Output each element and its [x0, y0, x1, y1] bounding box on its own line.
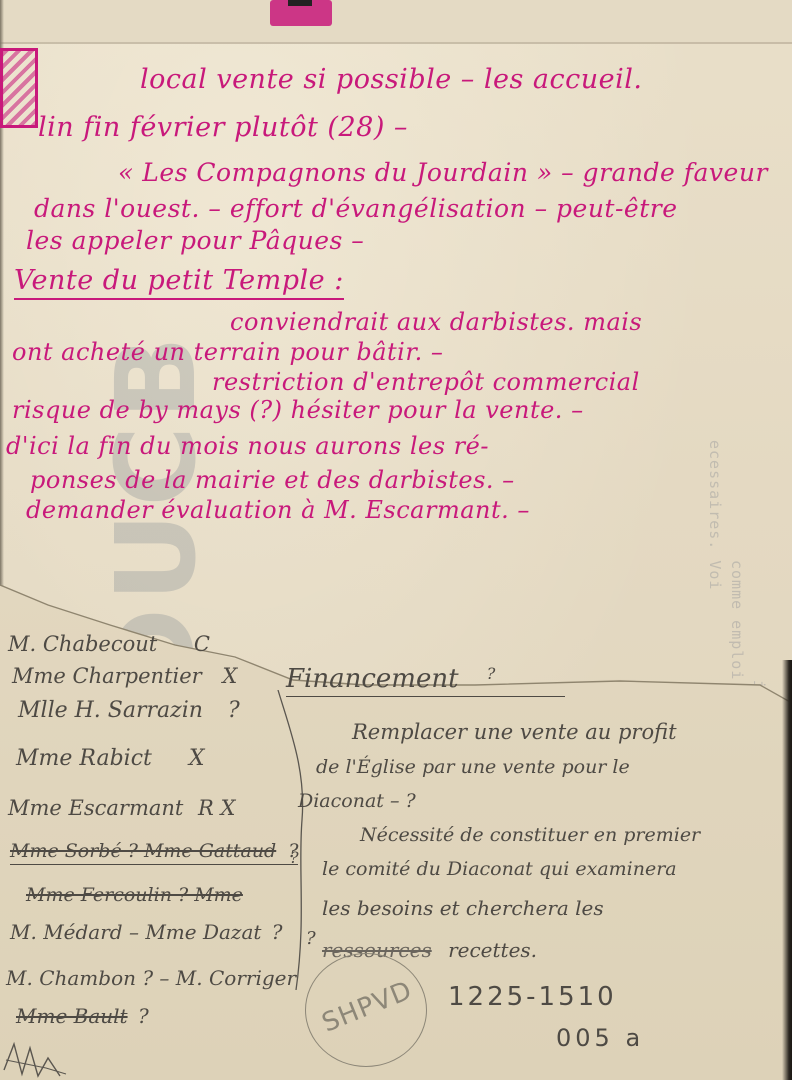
- name-entry: Mme Bault ?: [16, 1004, 149, 1028]
- name-entry: M. Médard – Mme Dazat ?: [10, 920, 283, 944]
- ghost-print-column: ecessaires. Voi: [706, 440, 724, 590]
- financement-line: Remplacer une vente au profit: [352, 720, 677, 744]
- ink-body-line: d'ici la fin du mois nous aurons les ré-: [6, 432, 489, 460]
- right-edge-shadow: [782, 660, 792, 1080]
- archive-ref-line2: 005 a: [556, 1024, 644, 1052]
- top-ink-mark-detail: [288, 0, 312, 6]
- ink-line: local vente si possible – les accueil.: [140, 64, 643, 95]
- paper-sheet: DUCB ecessaires. Voi comme emploi ite de…: [0, 0, 792, 1080]
- margin-ink-box-icon: [0, 48, 38, 128]
- name-entry: Mme Charpentier X: [12, 664, 237, 688]
- section-heading-financement: Financement ?: [286, 664, 565, 697]
- margin-question-mark: ?: [306, 928, 316, 949]
- name-entry: M. Chabecout C: [8, 632, 210, 656]
- ink-line: les appeler pour Pâques –: [26, 226, 364, 255]
- ghost-print-column: comme emploi: [728, 560, 746, 680]
- top-fold-strip: [0, 0, 792, 42]
- name-entry: Mme Rabict X: [16, 746, 205, 771]
- ink-body-line: conviendrait aux darbistes. mais: [230, 308, 642, 336]
- ink-body-line: restriction d'entrepôt commercial: [212, 368, 640, 396]
- section-heading-vente: Vente du petit Temple :: [14, 265, 344, 300]
- name-entry: M. Chambon ? – M. Corriger: [6, 966, 296, 990]
- ink-body-line: ponses de la mairie et des darbistes. –: [30, 466, 515, 494]
- name-entry: Mme Escarmant R X: [8, 796, 235, 820]
- financement-line: Nécessité de constituer en premier: [360, 824, 700, 846]
- ink-body-line: demander évaluation à M. Escarmant. –: [26, 496, 530, 524]
- financement-line: de l'Église par une vente pour le: [316, 756, 630, 778]
- ink-line: « Les Compagnons du Jourdain » – grande …: [118, 158, 768, 187]
- shpvd-stamp: SHPVD: [305, 953, 427, 1067]
- pencil-scribble: [0, 1030, 80, 1080]
- stamp-label: SHPVD: [318, 975, 417, 1038]
- financement-line: les besoins et cherchera les: [322, 896, 604, 920]
- ink-body-line: ont acheté un terrain pour bâtir. –: [12, 338, 443, 366]
- margin-question-mark: ?: [290, 848, 299, 867]
- name-entry: Mme Sorbé ? Mme Gattaud ?: [10, 840, 298, 865]
- ink-line: dans l'ouest. – effort d'évangélisation …: [34, 194, 678, 223]
- ink-line: lin fin février plutôt (28) –: [38, 112, 408, 143]
- financement-line: Diaconat – ?: [298, 790, 416, 812]
- financement-line: le comité du Diaconat qui examinera: [322, 858, 677, 880]
- name-entry: Mme Fercoulin ? Mme: [26, 884, 243, 906]
- name-entry: Mlle H. Sarrazin ?: [18, 698, 240, 723]
- ink-body-line: risque de by mays (?) hésiter pour la ve…: [12, 396, 584, 424]
- top-fold-line: [0, 42, 792, 44]
- archive-ref-line1: 1225-1510: [448, 982, 617, 1012]
